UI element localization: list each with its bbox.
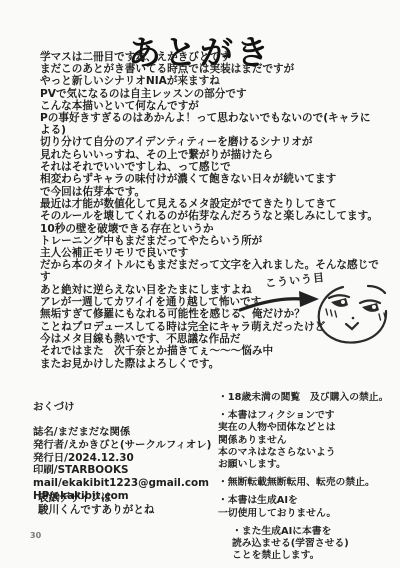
afterword-paragraph-1: 学マスは二冊目ですね、えかきびとです まだこのあとがき書いてる時点では実装はまだ… bbox=[40, 51, 380, 185]
disclaimer-no-generative-ai: ・本書は生成AIを 一切使用しておりません。 bbox=[218, 495, 396, 519]
cover-design-note: 表紙デザインは 駿川くんですありがとね bbox=[38, 492, 198, 516]
page-number: 30 bbox=[30, 531, 41, 540]
afterword-page: あとがき 学マスは二冊目ですね、えかきびとです まだこのあとがき書いてる時点では… bbox=[0, 0, 400, 568]
disclaimer-no-ai-training: ・また生成AIに本書を 読み込ませる(学習させる) ことを禁止します。 bbox=[218, 526, 396, 563]
hand-drawn-arrow-icon bbox=[237, 286, 323, 314]
disclaimer-age-restriction: ・18歳未満の閲覧 及び購入の禁止。 bbox=[218, 392, 396, 404]
colophon-heading: おくづけ bbox=[33, 401, 233, 414]
colophon-details: 誌名/まだまだな関係 発行者/えかきびと(サークルフィオレ) 発行日/2024.… bbox=[33, 426, 233, 502]
disclaimers-column: ・18歳未満の閲覧 及び購入の禁止。 ・本書はフィクションです 実在の人物や団体… bbox=[218, 392, 396, 568]
disclaimer-no-reproduction: ・無断転載無断転用、転売の禁止。 bbox=[218, 477, 396, 489]
disclaimer-fiction-notice: ・本書はフィクションです 実在の人物や団体などとは 関係ありません 本のマネはな… bbox=[218, 410, 396, 471]
doodle-face-drawing bbox=[313, 279, 400, 349]
